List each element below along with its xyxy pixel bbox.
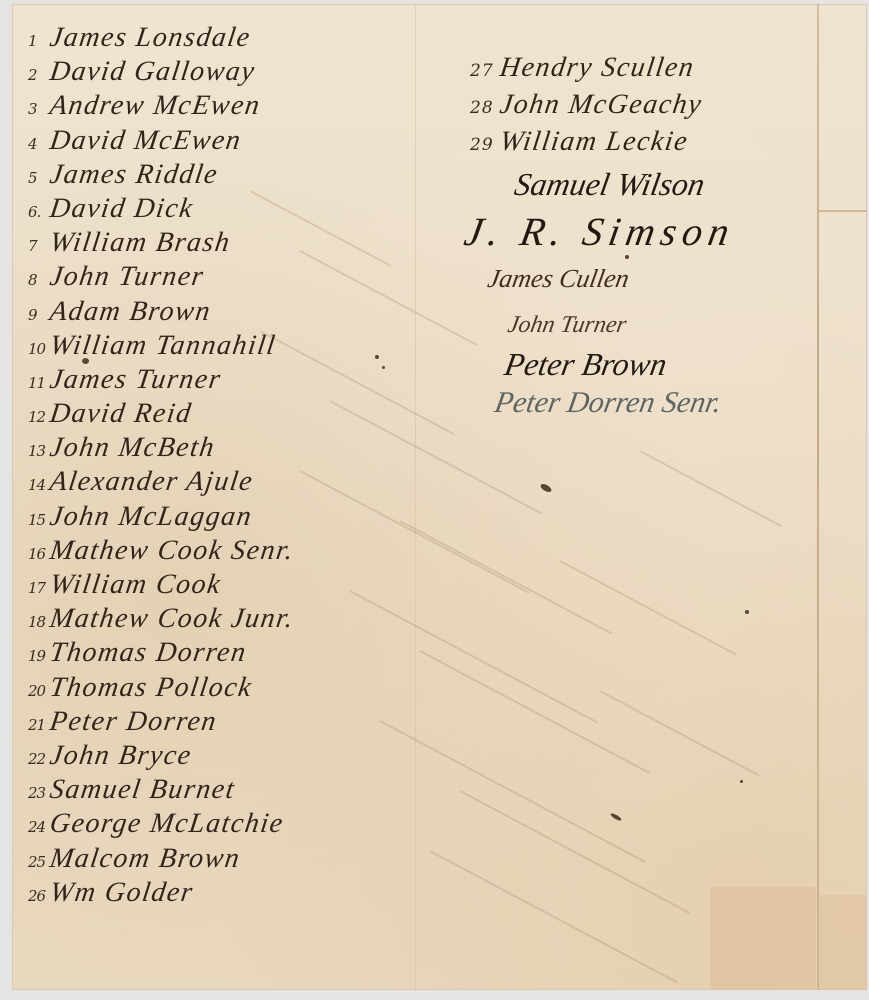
entry-name: Mathew Cook Senr. xyxy=(48,535,297,567)
entry-name: David Galloway xyxy=(48,56,258,88)
entry-name: John McBeth xyxy=(48,432,217,464)
entry-name: David Reid xyxy=(48,398,194,430)
entry-number: 13 xyxy=(28,442,50,460)
entry-number: 4 xyxy=(28,135,50,153)
entry-number: 24 xyxy=(28,818,50,836)
entry-number: 10 xyxy=(28,340,50,358)
entry-name: David Dick xyxy=(48,193,196,225)
entry-name: James Turner xyxy=(48,364,224,396)
list-entry: 24George McLatchie xyxy=(28,808,294,842)
list-entry: 6.David Dick xyxy=(28,193,294,227)
list-entry: 13John McBeth xyxy=(28,432,294,466)
list-entry: 27Hendry Scullen xyxy=(470,52,702,89)
entry-number: 28 xyxy=(470,98,500,118)
list-entry: 15John McLaggan xyxy=(28,501,294,535)
list-entry: 2David Galloway xyxy=(28,56,294,90)
entry-name: Mathew Cook Junr. xyxy=(48,603,297,635)
entry-number: 18 xyxy=(28,613,50,631)
entry-name: Thomas Dorren xyxy=(48,637,249,669)
entry-name: John McLaggan xyxy=(48,501,255,533)
entry-name: Hendry Scullen xyxy=(498,52,697,84)
list-entry: 10William Tannahill xyxy=(28,330,294,364)
entry-number: 15 xyxy=(28,511,50,529)
signature: James Cullen xyxy=(485,264,631,294)
list-entry: 12David Reid xyxy=(28,398,294,432)
entry-number: 26 xyxy=(28,887,50,905)
entry-number: 9 xyxy=(28,306,50,324)
entry-number: 22 xyxy=(28,750,50,768)
entry-name: Peter Dorren xyxy=(48,706,220,738)
entry-name: Thomas Pollock xyxy=(48,672,255,704)
list-entry: 22John Bryce xyxy=(28,740,294,774)
list-entry: 9Adam Brown xyxy=(28,296,294,330)
entry-name: James Lonsdale xyxy=(48,22,253,54)
list-entry: 21Peter Dorren xyxy=(28,706,294,740)
entry-number: 21 xyxy=(28,716,50,734)
entry-name: John Turner xyxy=(48,261,207,293)
entry-number: 16 xyxy=(28,545,50,563)
signature: Samuel Wilson xyxy=(512,166,708,203)
entry-number: 11 xyxy=(28,374,50,392)
entry-name: Adam Brown xyxy=(48,296,213,328)
paper-stain xyxy=(710,887,816,990)
entry-number: 3 xyxy=(28,100,50,118)
entry-number: 29 xyxy=(470,135,500,155)
entry-name: John McGeachy xyxy=(498,89,705,121)
entry-number: 6. xyxy=(28,203,50,221)
list-entry: 16Mathew Cook Senr. xyxy=(28,535,294,569)
list-entry: 11James Turner xyxy=(28,364,294,398)
vertical-fold-line xyxy=(817,4,819,990)
entry-name: Samuel Burnet xyxy=(48,774,238,806)
list-entry: 28John McGeachy xyxy=(470,89,702,126)
paper-stain xyxy=(819,895,867,990)
entry-number: 17 xyxy=(28,579,50,597)
entry-number: 7 xyxy=(28,237,50,255)
list-entry: 3Andrew McEwen xyxy=(28,90,294,124)
list-entry: 26Wm Golder xyxy=(28,877,294,911)
entry-name: Andrew McEwen xyxy=(48,90,263,122)
entry-name: Alexander Ajule xyxy=(48,466,256,498)
list-entry: 14Alexander Ajule xyxy=(28,466,294,500)
entry-name: Malcom Brown xyxy=(48,843,243,875)
entry-number: 2 xyxy=(28,66,50,84)
entry-number: 14 xyxy=(28,476,50,494)
list-entry: 8John Turner xyxy=(28,261,294,295)
list-entry: 5James Riddle xyxy=(28,159,294,193)
entry-name: William Tannahill xyxy=(48,330,278,362)
entry-number: 8 xyxy=(28,271,50,289)
signature: Peter Brown xyxy=(502,346,670,383)
entry-number: 12 xyxy=(28,408,50,426)
entry-name: James Riddle xyxy=(48,159,221,191)
list-entry: 19Thomas Dorren xyxy=(28,637,294,671)
entry-number: 1 xyxy=(28,32,50,50)
entry-name: Wm Golder xyxy=(48,877,196,909)
signature: John Turner xyxy=(506,312,629,339)
entry-number: 5 xyxy=(28,169,50,187)
list-entry: 7William Brash xyxy=(28,227,294,261)
entry-number: 27 xyxy=(470,61,500,81)
entry-name: William Cook xyxy=(48,569,224,601)
entry-name: John Bryce xyxy=(48,740,194,772)
numbered-list-right-column: 27Hendry Scullen 28John McGeachy 29Willi… xyxy=(470,52,702,163)
numbered-list-left-column: 1James Lonsdale 2David Galloway 3Andrew … xyxy=(28,22,294,911)
entry-number: 19 xyxy=(28,647,50,665)
list-entry: 4David McEwen xyxy=(28,125,294,159)
entry-name: William Brash xyxy=(48,227,233,259)
entry-name: David McEwen xyxy=(48,125,244,157)
pencil-signature: Peter Dorren Senr. xyxy=(492,386,724,420)
entry-number: 20 xyxy=(28,682,50,700)
center-crease xyxy=(415,4,416,990)
list-entry: 18Mathew Cook Junr. xyxy=(28,603,294,637)
list-entry: 25Malcom Brown xyxy=(28,843,294,877)
list-entry: 29William Leckie xyxy=(470,126,702,163)
entry-number: 23 xyxy=(28,784,50,802)
horizontal-fold-line xyxy=(819,210,867,212)
signature: J. R. Simson xyxy=(461,208,739,255)
entry-name: William Leckie xyxy=(498,126,691,158)
list-entry: 17William Cook xyxy=(28,569,294,603)
list-entry: 1James Lonsdale xyxy=(28,22,294,56)
list-entry: 23Samuel Burnet xyxy=(28,774,294,808)
entry-name: George McLatchie xyxy=(48,808,286,840)
list-entry: 20Thomas Pollock xyxy=(28,672,294,706)
entry-number: 25 xyxy=(28,853,50,871)
